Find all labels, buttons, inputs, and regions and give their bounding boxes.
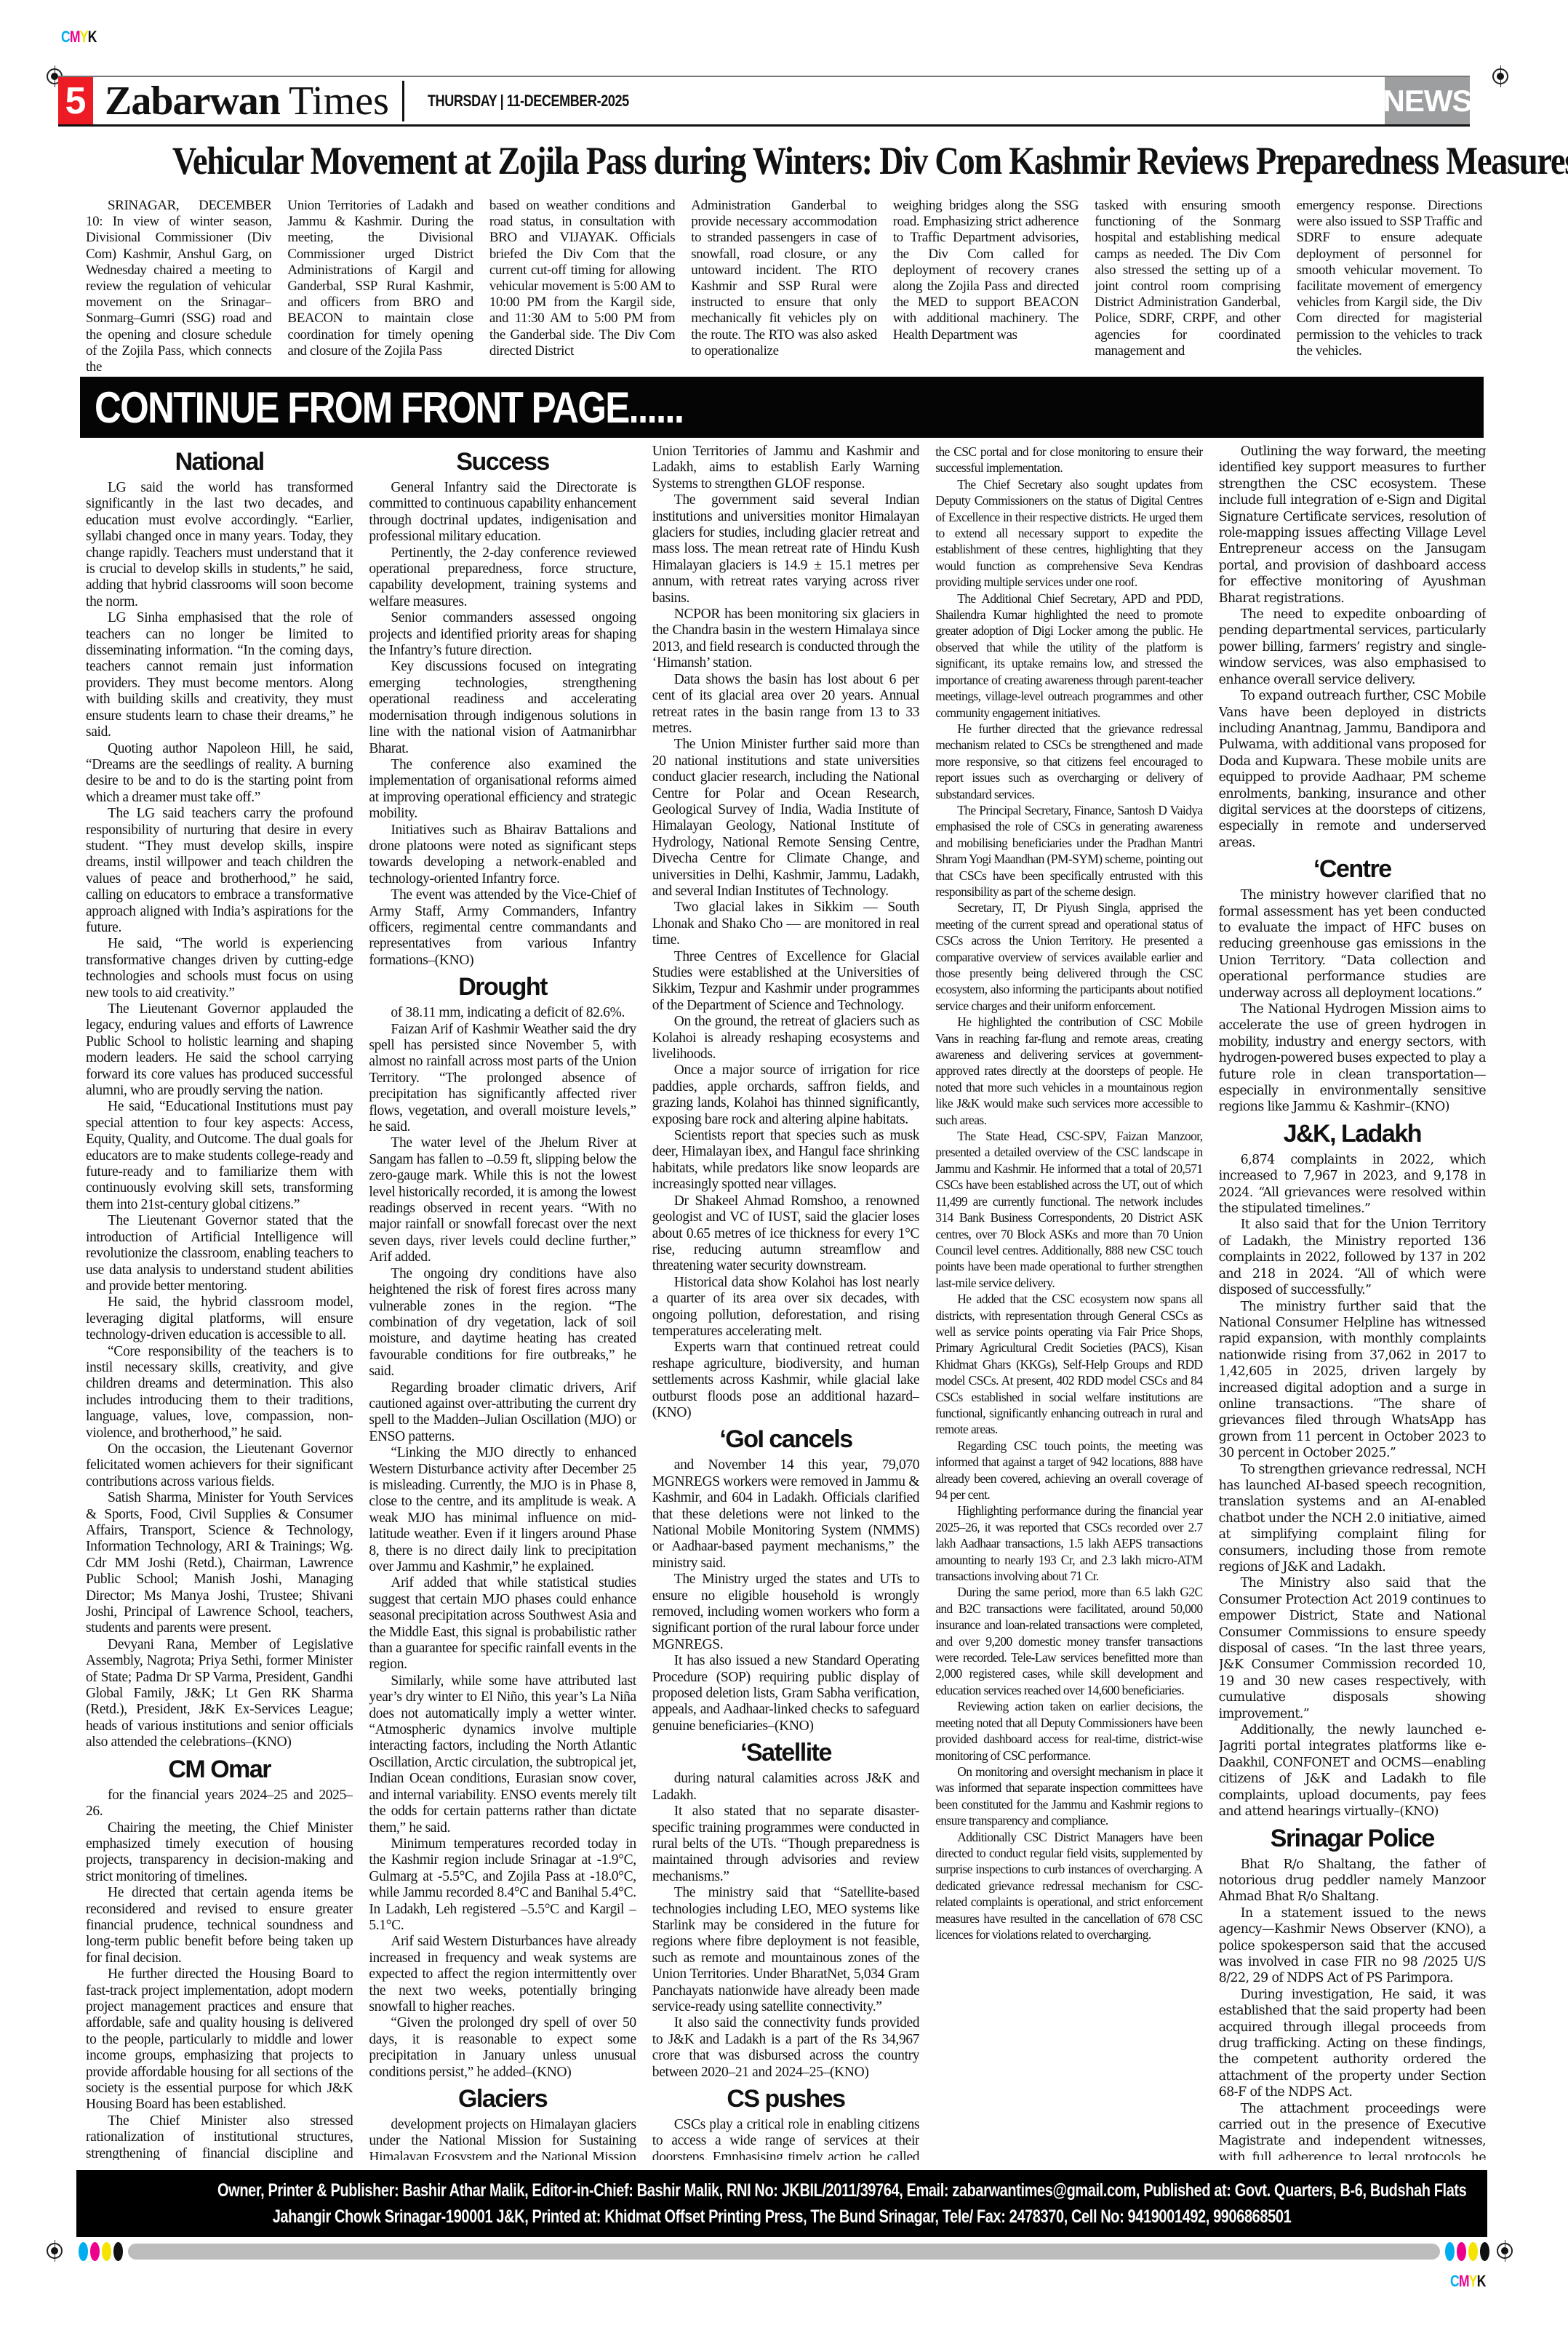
lead-column: Union Territories of Ladakh and Jammu & …: [287, 198, 473, 378]
article-paragraph: Arif said Western Disturbances have alre…: [369, 1934, 636, 2015]
article-paragraph: Additionally, the newly launched e-Jagri…: [1219, 1722, 1486, 1820]
article-paragraph: He highlighted the contribution of CSC M…: [935, 1014, 1202, 1128]
article-paragraph: Experts warn that continued retreat coul…: [652, 1340, 919, 1421]
cmyk-y: Y: [80, 28, 88, 46]
cmyk-k: K: [88, 28, 97, 46]
article-paragraph: The ministry however clarified that no f…: [1219, 887, 1486, 1001]
registration-mark-icon: [47, 2243, 63, 2259]
article-paragraph: In a statement issued to the news agency…: [1219, 1905, 1486, 1987]
article-paragraph: During investigation, He said, it was es…: [1219, 1987, 1486, 2101]
article-paragraph: Once a major source of irrigation for ri…: [652, 1063, 919, 1128]
yellow-dot-icon: [1468, 2242, 1478, 2261]
article-paragraph: Two glacial lakes in Sikkim — South Lhon…: [652, 900, 919, 948]
cmyk-k: K: [1477, 2272, 1486, 2290]
article-paragraph: The Lieutenant Governor stated that the …: [86, 1213, 353, 1294]
article-paragraph: Union Territories of Jammu and Kashmir a…: [652, 444, 919, 492]
article-paragraph: Highlighting performance during the fina…: [935, 1502, 1202, 1584]
article-paragraph: Regarding CSC touch points, the meeting …: [935, 1438, 1202, 1503]
cmyk-m: M: [70, 28, 80, 46]
article-paragraph: The Lieutenant Governor applauded the le…: [86, 1001, 353, 1099]
article-paragraph: Data shows the basin has lost about 6 pe…: [652, 672, 919, 737]
continue-banner-text: CONTINUE FROM FRONT PAGE......: [95, 383, 683, 433]
cmyk-c: C: [61, 28, 70, 46]
article-paragraph: The State Head, CSC-SPV, Faizan Manzoor,…: [935, 1128, 1202, 1291]
continuation-columns: NationalLG said the world has transforme…: [86, 444, 1486, 2160]
magenta-dot-icon: [1457, 2242, 1466, 2261]
article-paragraph: “Given the prolonged dry spell of over 5…: [369, 2015, 636, 2081]
section-heading: ‘GoI cancels: [652, 1424, 919, 1454]
registration-mark-icon: [1492, 68, 1508, 84]
article-paragraph: Additionally CSC District Managers have …: [935, 1829, 1202, 1943]
section-heading: CM Omar: [86, 1754, 353, 1785]
article-paragraph: Faizan Arif of Kashmir Weather said the …: [369, 1022, 636, 1136]
section-heading: ‘Satellite: [652, 1737, 919, 1768]
article-paragraph: The conference also examined the impleme…: [369, 757, 636, 823]
grey-bar: [128, 2244, 1440, 2260]
cmyk-c: C: [1450, 2272, 1459, 2290]
lead-column: SRINAGAR, DECEMBER 10: In view of winter…: [86, 198, 271, 378]
column-5: Outlining the way forward, the meeting i…: [1219, 444, 1486, 2160]
article-paragraph: Bhat R/o Shaltang, the father of notorio…: [1219, 1857, 1486, 1905]
article-paragraph: The water level of the Jhelum River at S…: [369, 1135, 636, 1265]
cmyk-y: Y: [1469, 2272, 1477, 2290]
article-paragraph: The attachment proceedings were carried …: [1219, 2101, 1486, 2160]
article-paragraph: It has also issued a new Standard Operat…: [652, 1653, 919, 1734]
article-paragraph: Satish Sharma, Minister for Youth Servic…: [86, 1490, 353, 1637]
article-paragraph: He directed that certain agenda items be…: [86, 1885, 353, 1966]
article-paragraph: NCPOR has been monitoring six glaciers i…: [652, 607, 919, 672]
lead-column: emergency response. Directions were also…: [1297, 198, 1482, 378]
article-paragraph: It also said that for the Union Territor…: [1219, 1217, 1486, 1298]
article-paragraph: The Chief Secretary also sought updates …: [935, 476, 1202, 591]
lead-column: tasked with ensuring smooth functioning …: [1095, 198, 1280, 378]
magenta-dot-icon: [90, 2242, 100, 2261]
lead-column: weighing bridges along the SSG road. Emp…: [893, 198, 1079, 378]
article-paragraph: Key discussions focused on integrating e…: [369, 659, 636, 756]
imprint-line-2: Jahangir Chowk Srinagar-190001 J&K, Prin…: [217, 2204, 1346, 2230]
article-paragraph: Pertinently, the 2-day conference review…: [369, 545, 636, 611]
article-paragraph: Devyani Rana, Member of Legislative Asse…: [86, 1637, 353, 1751]
section-heading: J&K, Ladakh: [1219, 1119, 1486, 1149]
lead-column: Administration Ganderbal to provide nece…: [691, 198, 876, 378]
masthead-divider: [402, 81, 404, 121]
article-paragraph: He further directed that the grievance r…: [935, 721, 1202, 802]
article-paragraph: On monitoring and oversight mechanism in…: [935, 1764, 1202, 1829]
page-number: 5: [58, 77, 93, 124]
section-heading: Srinagar Police: [1219, 1823, 1486, 1854]
color-registration-bar: [79, 2241, 1489, 2262]
article-paragraph: Outlining the way forward, the meeting i…: [1219, 444, 1486, 607]
article-paragraph: Dr Shakeel Ahmad Romshoo, a renowned geo…: [652, 1193, 919, 1275]
article-paragraph: It also stated that no separate disaster…: [652, 1804, 919, 1885]
article-paragraph: The Ministry urged the states and UTs to…: [652, 1572, 919, 1653]
section-heading: Success: [369, 447, 636, 477]
article-paragraph: The Ministry also said that the Consumer…: [1219, 1575, 1486, 1722]
article-paragraph: The Union Minister further said more tha…: [652, 737, 919, 900]
article-paragraph: Chairing the meeting, the Chief Minister…: [86, 1820, 353, 1886]
cmyk-m: M: [1459, 2272, 1469, 2290]
article-paragraph: The need to expedite onboarding of pendi…: [1219, 607, 1486, 688]
article-paragraph: The National Hydrogen Mission aims to ac…: [1219, 1001, 1486, 1116]
black-dot-icon: [1480, 2242, 1489, 2261]
article-paragraph: Secretary, IT, Dr Piyush Singla, apprise…: [935, 900, 1202, 1014]
article-paragraph: On the ground, the retreat of glaciers s…: [652, 1014, 919, 1063]
article-paragraph: The government said several Indian insti…: [652, 492, 919, 607]
article-paragraph: The Principal Secretary, Finance, Santos…: [935, 802, 1202, 900]
continue-banner: CONTINUE FROM FRONT PAGE......: [80, 377, 1484, 438]
cmyk-mark-bottom: CMYK: [1450, 2272, 1486, 2291]
article-paragraph: He added that the CSC ecosystem now span…: [935, 1291, 1202, 1438]
article-paragraph: development projects on Himalayan glacie…: [369, 2117, 636, 2160]
lead-column: based on weather conditions and road sta…: [489, 198, 675, 378]
article-paragraph: Senior commanders assessed ongoing proje…: [369, 610, 636, 659]
black-dot-icon: [113, 2242, 123, 2261]
lead-headline: Vehicular Movement at Zojila Pass during…: [172, 138, 1396, 183]
article-paragraph: and November 14 this year, 79,070 MGNREG…: [652, 1457, 919, 1572]
article-paragraph: the CSC portal and for close monitoring …: [935, 444, 1202, 476]
article-paragraph: 6,874 complaints in 2022, which increase…: [1219, 1152, 1486, 1217]
article-paragraph: of 38.11 mm, indicating a deficit of 82.…: [369, 1005, 636, 1021]
imprint-footer: Owner, Printer & Publisher: Bashir Athar…: [76, 2170, 1487, 2237]
article-paragraph: during natural calamities across J&K and…: [652, 1771, 919, 1804]
article-paragraph: Initiatives such as Bhairav Battalions a…: [369, 823, 636, 888]
article-paragraph: Three Centres of Excellence for Glacial …: [652, 949, 919, 1015]
article-paragraph: The event was attended by the Vice-Chief…: [369, 887, 636, 969]
column-2: SuccessGeneral Infantry said the Directo…: [369, 444, 636, 2160]
article-paragraph: The LG said teachers carry the profound …: [86, 806, 353, 936]
article-paragraph: Scientists report that species such as m…: [652, 1128, 919, 1193]
cyan-dot-icon: [79, 2242, 88, 2261]
brand-regular: Times: [289, 81, 389, 121]
newspaper-logo: Zabarwan Times: [105, 81, 389, 121]
lead-story: SRINAGAR, DECEMBER 10: In view of winter…: [86, 198, 1482, 378]
article-paragraph: Similarly, while some have attributed la…: [369, 1673, 636, 1836]
section-heading: CS pushes: [652, 2084, 919, 2114]
yellow-dot-icon: [102, 2242, 111, 2261]
article-paragraph: To expand outreach further, CSC Mobile V…: [1219, 688, 1486, 851]
article-paragraph: General Infantry said the Directorate is…: [369, 480, 636, 545]
article-paragraph: The Additional Chief Secretary, APD and …: [935, 591, 1202, 721]
section-heading: Glaciers: [369, 2084, 636, 2114]
article-paragraph: During the same period, more than 6.5 la…: [935, 1584, 1202, 1698]
column-3: Union Territories of Jammu and Kashmir a…: [652, 444, 919, 2160]
imprint-line-1: Owner, Printer & Publisher: Bashir Athar…: [217, 2177, 1346, 2204]
article-paragraph: It also said the connectivity funds prov…: [652, 2015, 919, 2081]
column-1: NationalLG said the world has transforme…: [86, 444, 353, 2160]
article-paragraph: Minimum temperatures recorded today in t…: [369, 1836, 636, 1934]
article-paragraph: Reviewing action taken on earlier decisi…: [935, 1698, 1202, 1764]
article-paragraph: The ongoing dry conditions have also hei…: [369, 1266, 636, 1380]
article-paragraph: He said, the hybrid classroom model, lev…: [86, 1294, 353, 1343]
article-paragraph: Historical data show Kolahoi has lost ne…: [652, 1275, 919, 1340]
article-paragraph: He said, “The world is experiencing tran…: [86, 936, 353, 1001]
section-heading: National: [86, 447, 353, 477]
article-paragraph: Regarding broader climatic drivers, Arif…: [369, 1380, 636, 1446]
article-paragraph: The ministry further said that the Natio…: [1219, 1299, 1486, 1462]
section-heading: ‘Centre: [1219, 854, 1486, 884]
article-paragraph: “Linking the MJO directly to enhanced We…: [369, 1445, 636, 1575]
article-paragraph: The ministry said that “Satellite-based …: [652, 1885, 919, 2015]
article-paragraph: He further directed the Housing Board to…: [86, 1966, 353, 2113]
article-paragraph: To strengthen grievance redressal, NCH h…: [1219, 1462, 1486, 1576]
article-paragraph: for the financial years 2024–25 and 2025…: [86, 1788, 353, 1820]
dateline: THURSDAY | 11-DECEMBER-2025: [428, 92, 629, 111]
cyan-dot-icon: [1445, 2242, 1455, 2261]
brand-bold: Zabarwan: [105, 81, 280, 121]
article-paragraph: “Core responsibility of the teachers is …: [86, 1344, 353, 1441]
article-paragraph: On the occasion, the Lieutenant Governor…: [86, 1441, 353, 1490]
registration-mark-icon: [1497, 2243, 1513, 2259]
article-paragraph: CSCs play a critical role in enabling ci…: [652, 2117, 919, 2160]
article-paragraph: Arif added that while statistical studie…: [369, 1575, 636, 1673]
article-paragraph: He said, “Educational Institutions must …: [86, 1099, 353, 1213]
article-paragraph: Quoting author Napoleon Hill, he said, “…: [86, 741, 353, 807]
section-badge: NEWS: [1385, 77, 1470, 124]
masthead: 5 Zabarwan Times THURSDAY | 11-DECEMBER-…: [58, 76, 1470, 127]
article-paragraph: The Chief Minister also stressed rationa…: [86, 2113, 353, 2160]
article-paragraph: LG Sinha emphasised that the role of tea…: [86, 610, 353, 740]
section-heading: Drought: [369, 972, 636, 1002]
column-4: the CSC portal and for close monitoring …: [935, 444, 1202, 2160]
article-paragraph: LG said the world has transformed signif…: [86, 480, 353, 610]
cmyk-mark-top: CMYK: [61, 28, 97, 47]
